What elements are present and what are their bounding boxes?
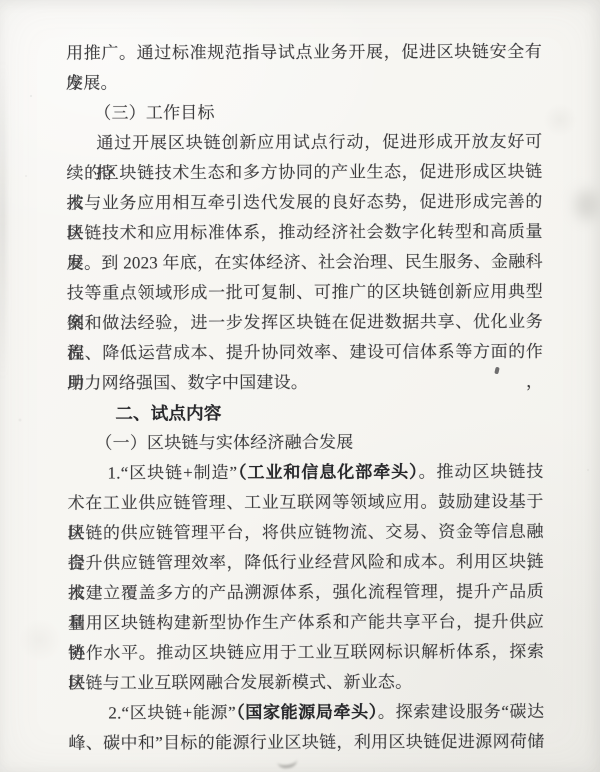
- body-text: 块链与工业互联网融合发展新模式、新业态。: [68, 672, 412, 692]
- body-text: 。推动区块链技: [419, 462, 544, 481]
- text-line-16: 术在工业供应链管理、工业互联网等领域应用。鼓励建设基于区: [68, 487, 544, 519]
- text-line-22: 块链与工业互联网融合发展新模式、新业态。: [68, 667, 544, 699]
- text-line-1: 用推广。通过标准规范指导试点业务开展，促进区块链安全有序: [66, 37, 542, 69]
- text-line-9: 技等重点领域形成一批可复制、可推广的区块链创新应用典型案: [67, 277, 543, 309]
- body-text: （一）区块链与实体经济融合发展: [95, 433, 353, 453]
- text-line-17: 块链的供应链管理平台，将供应链物流、交易、资金等信息融合，: [68, 517, 544, 549]
- text-line-24: 峰、碳中和”目标的能源行业区块链，利用区块链促进源网荷储: [68, 727, 544, 759]
- text-line-21: 协作水平。推动区块链应用于工业互联网标识解析体系，探索区: [68, 637, 544, 669]
- text-line-7: 块链技术和应用标准体系，推动经济社会数字化转型和高质量发: [67, 217, 543, 249]
- scan-streak-left: [0, 60, 6, 380]
- body-text: 二、试点内容: [115, 403, 221, 423]
- text-line-10: 例和做法经验，进一步发挥区块链在促进数据共享、优化业务流: [67, 307, 543, 339]
- body-text: （三）工作目标: [94, 103, 214, 122]
- document-body: 用推广。通过标准规范指导试点业务开展，促进区块链安全有序发展。（三）工作目标通过…: [66, 37, 545, 759]
- text-line-19: 术建立覆盖多方的产品溯源体系，强化流程管理，提升产品质量。: [68, 577, 544, 609]
- scan-smudge-right: [575, 190, 600, 220]
- text-line-18: 提升供应链管理效率，降低行业经营风险和成本。利用区块链技: [68, 547, 544, 579]
- text-line-15: 1.“区块链+制造”（工业和信息化部牵头）。推动区块链技: [67, 457, 543, 489]
- emphasis-text: （工业和信息化部牵头）: [237, 462, 418, 482]
- text-line-23: 2.“区块链+能源”（国家能源局牵头）。探索建设服务“碳达: [68, 697, 544, 729]
- body-text: 展。到 2023 年底，在实体经济、社会治理、民生服务、金融科: [67, 252, 543, 273]
- text-line-13: 二、试点内容: [67, 397, 543, 429]
- body-text: 1.“区块链+制造”: [107, 463, 237, 482]
- text-line-2: 发展。: [66, 67, 542, 99]
- text-line-5: 续的区块链技术生态和多方协同的产业生态，促进形成区块链技: [66, 157, 542, 189]
- text-line-14: （一）区块链与实体经济融合发展: [67, 427, 543, 459]
- scanned-page: 用推广。通过标准规范指导试点业务开展，促进区块链安全有序发展。（三）工作目标通过…: [0, 0, 600, 772]
- body-text: 峰、碳中和”目标的能源行业区块链，利用区块链促进源网荷储: [68, 732, 544, 753]
- body-text: 发展。: [66, 73, 118, 92]
- text-line-3: （三）工作目标: [66, 97, 542, 129]
- text-line-11: 程、降低运营成本、提升协同效率、建设可信体系等方面的作用，: [67, 337, 543, 369]
- text-line-6: 术与业务应用相互牵引迭代发展的良好态势，促进形成完善的区: [67, 187, 543, 219]
- scan-smudge-bottom: [276, 751, 298, 770]
- text-line-8: 展。到 2023 年底，在实体经济、社会治理、民生服务、金融科: [67, 247, 543, 279]
- emphasis-text: （国家能源局牵头）: [236, 703, 378, 722]
- body-text: 2.“区块链+能源”: [108, 703, 236, 722]
- body-text: 。探索建设服务“碳达: [378, 702, 545, 722]
- text-line-4: 通过开展区块链创新应用试点行动，促进形成开放友好可持: [66, 127, 542, 159]
- text-line-20: 利用区块链构建新型协作生产体系和产能共享平台，提升供应链: [68, 607, 544, 639]
- body-text: 助力网络强国、数字中国建设。: [67, 373, 308, 393]
